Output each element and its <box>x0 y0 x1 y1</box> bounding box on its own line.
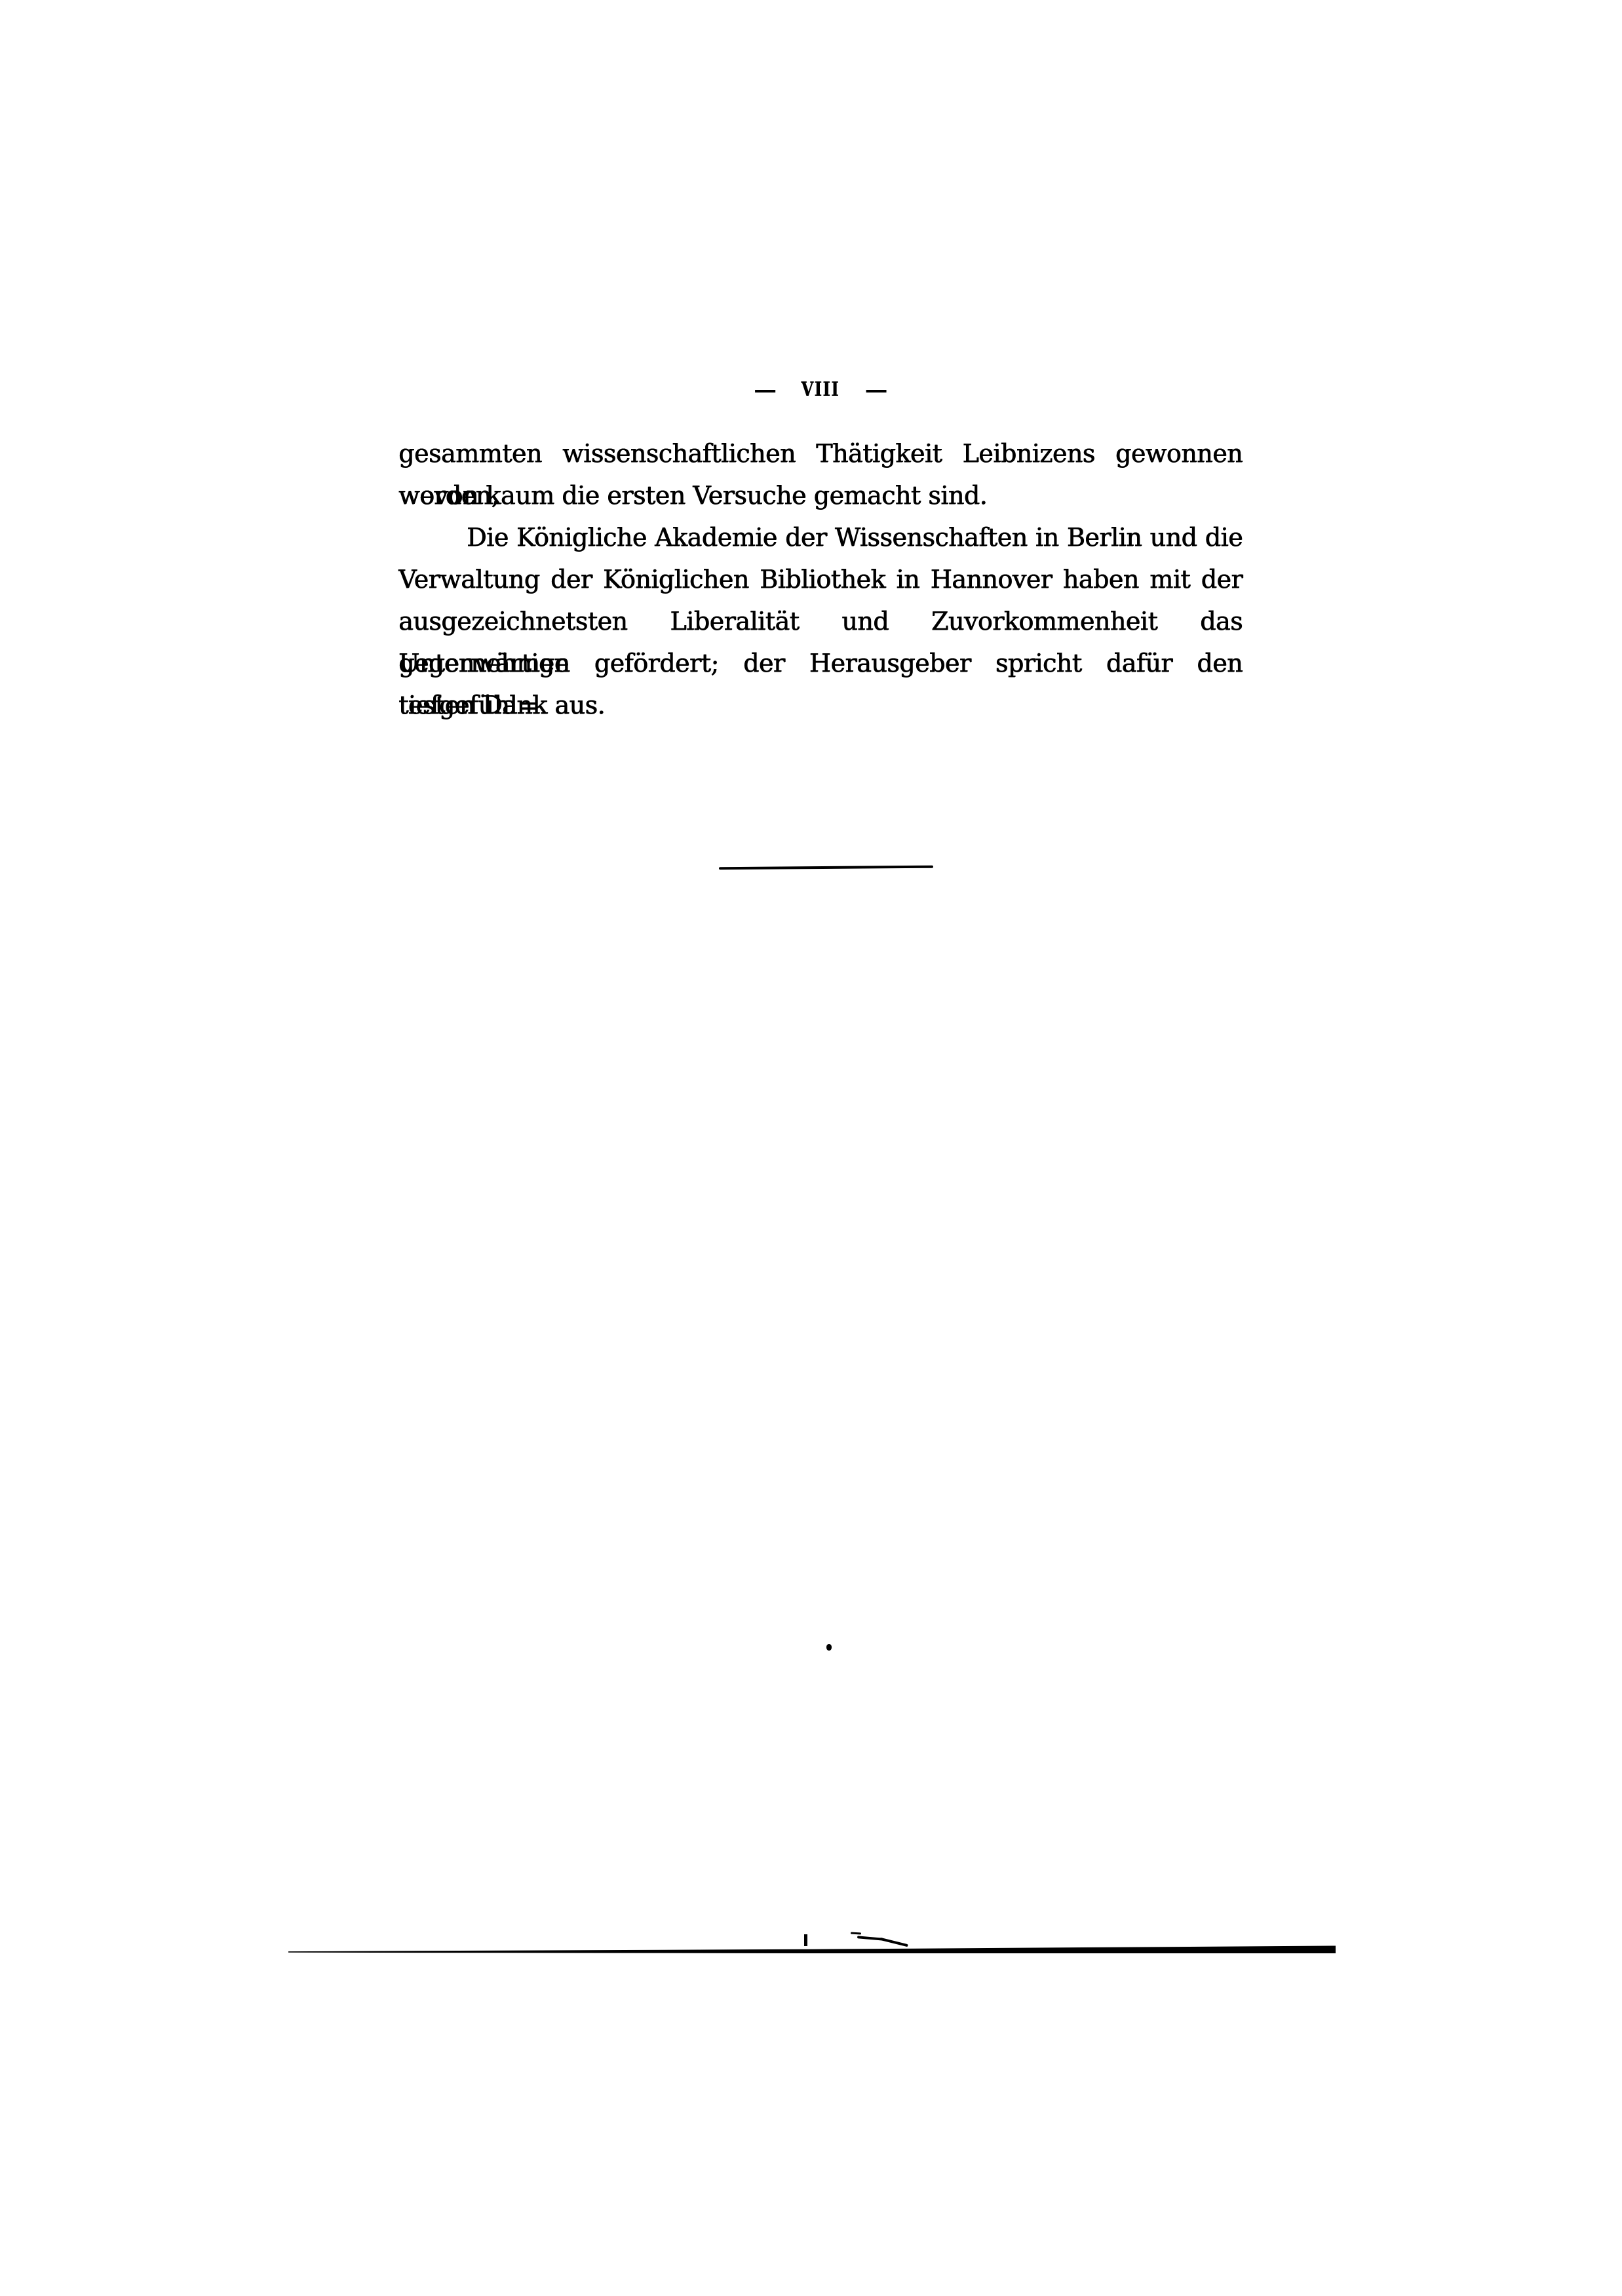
header-left-dash: — <box>754 379 776 401</box>
text-line: Die Königliche Akademie der Wissenschaft… <box>398 516 1243 558</box>
running-head: — VIII — <box>398 379 1243 401</box>
text-line: testen Dank aus. <box>398 684 1243 726</box>
text-line: ausgezeichnetsten Liberalität und Zuvork… <box>398 600 1243 642</box>
scanned-book-page: — VIII — gesammten wissenschaftlichen Th… <box>0 0 1622 2296</box>
scan-artifact-tick <box>804 1934 807 1946</box>
header-right-dash: — <box>865 379 887 401</box>
section-divider-rule <box>719 866 933 870</box>
scan-artifact-smudge <box>879 1938 908 1947</box>
text-line: gesammten wissenschaftlichen Thätigkeit … <box>398 432 1243 474</box>
scan-artifact-line <box>288 1945 1336 1953</box>
ink-speck <box>826 1644 832 1651</box>
page-number: VIII <box>801 380 840 400</box>
body-text-block: gesammten wissenschaftlichen Thätigkeit … <box>398 432 1243 726</box>
text-line: Verwaltung der Königlichen Bibliothek in… <box>398 558 1243 600</box>
scan-artifact-smudge <box>851 1932 861 1935</box>
text-line: wovon kaum die ersten Versuche gemacht s… <box>398 474 1243 516</box>
text-line: Unternehmen gefördert; der Herausgeber s… <box>398 642 1243 684</box>
